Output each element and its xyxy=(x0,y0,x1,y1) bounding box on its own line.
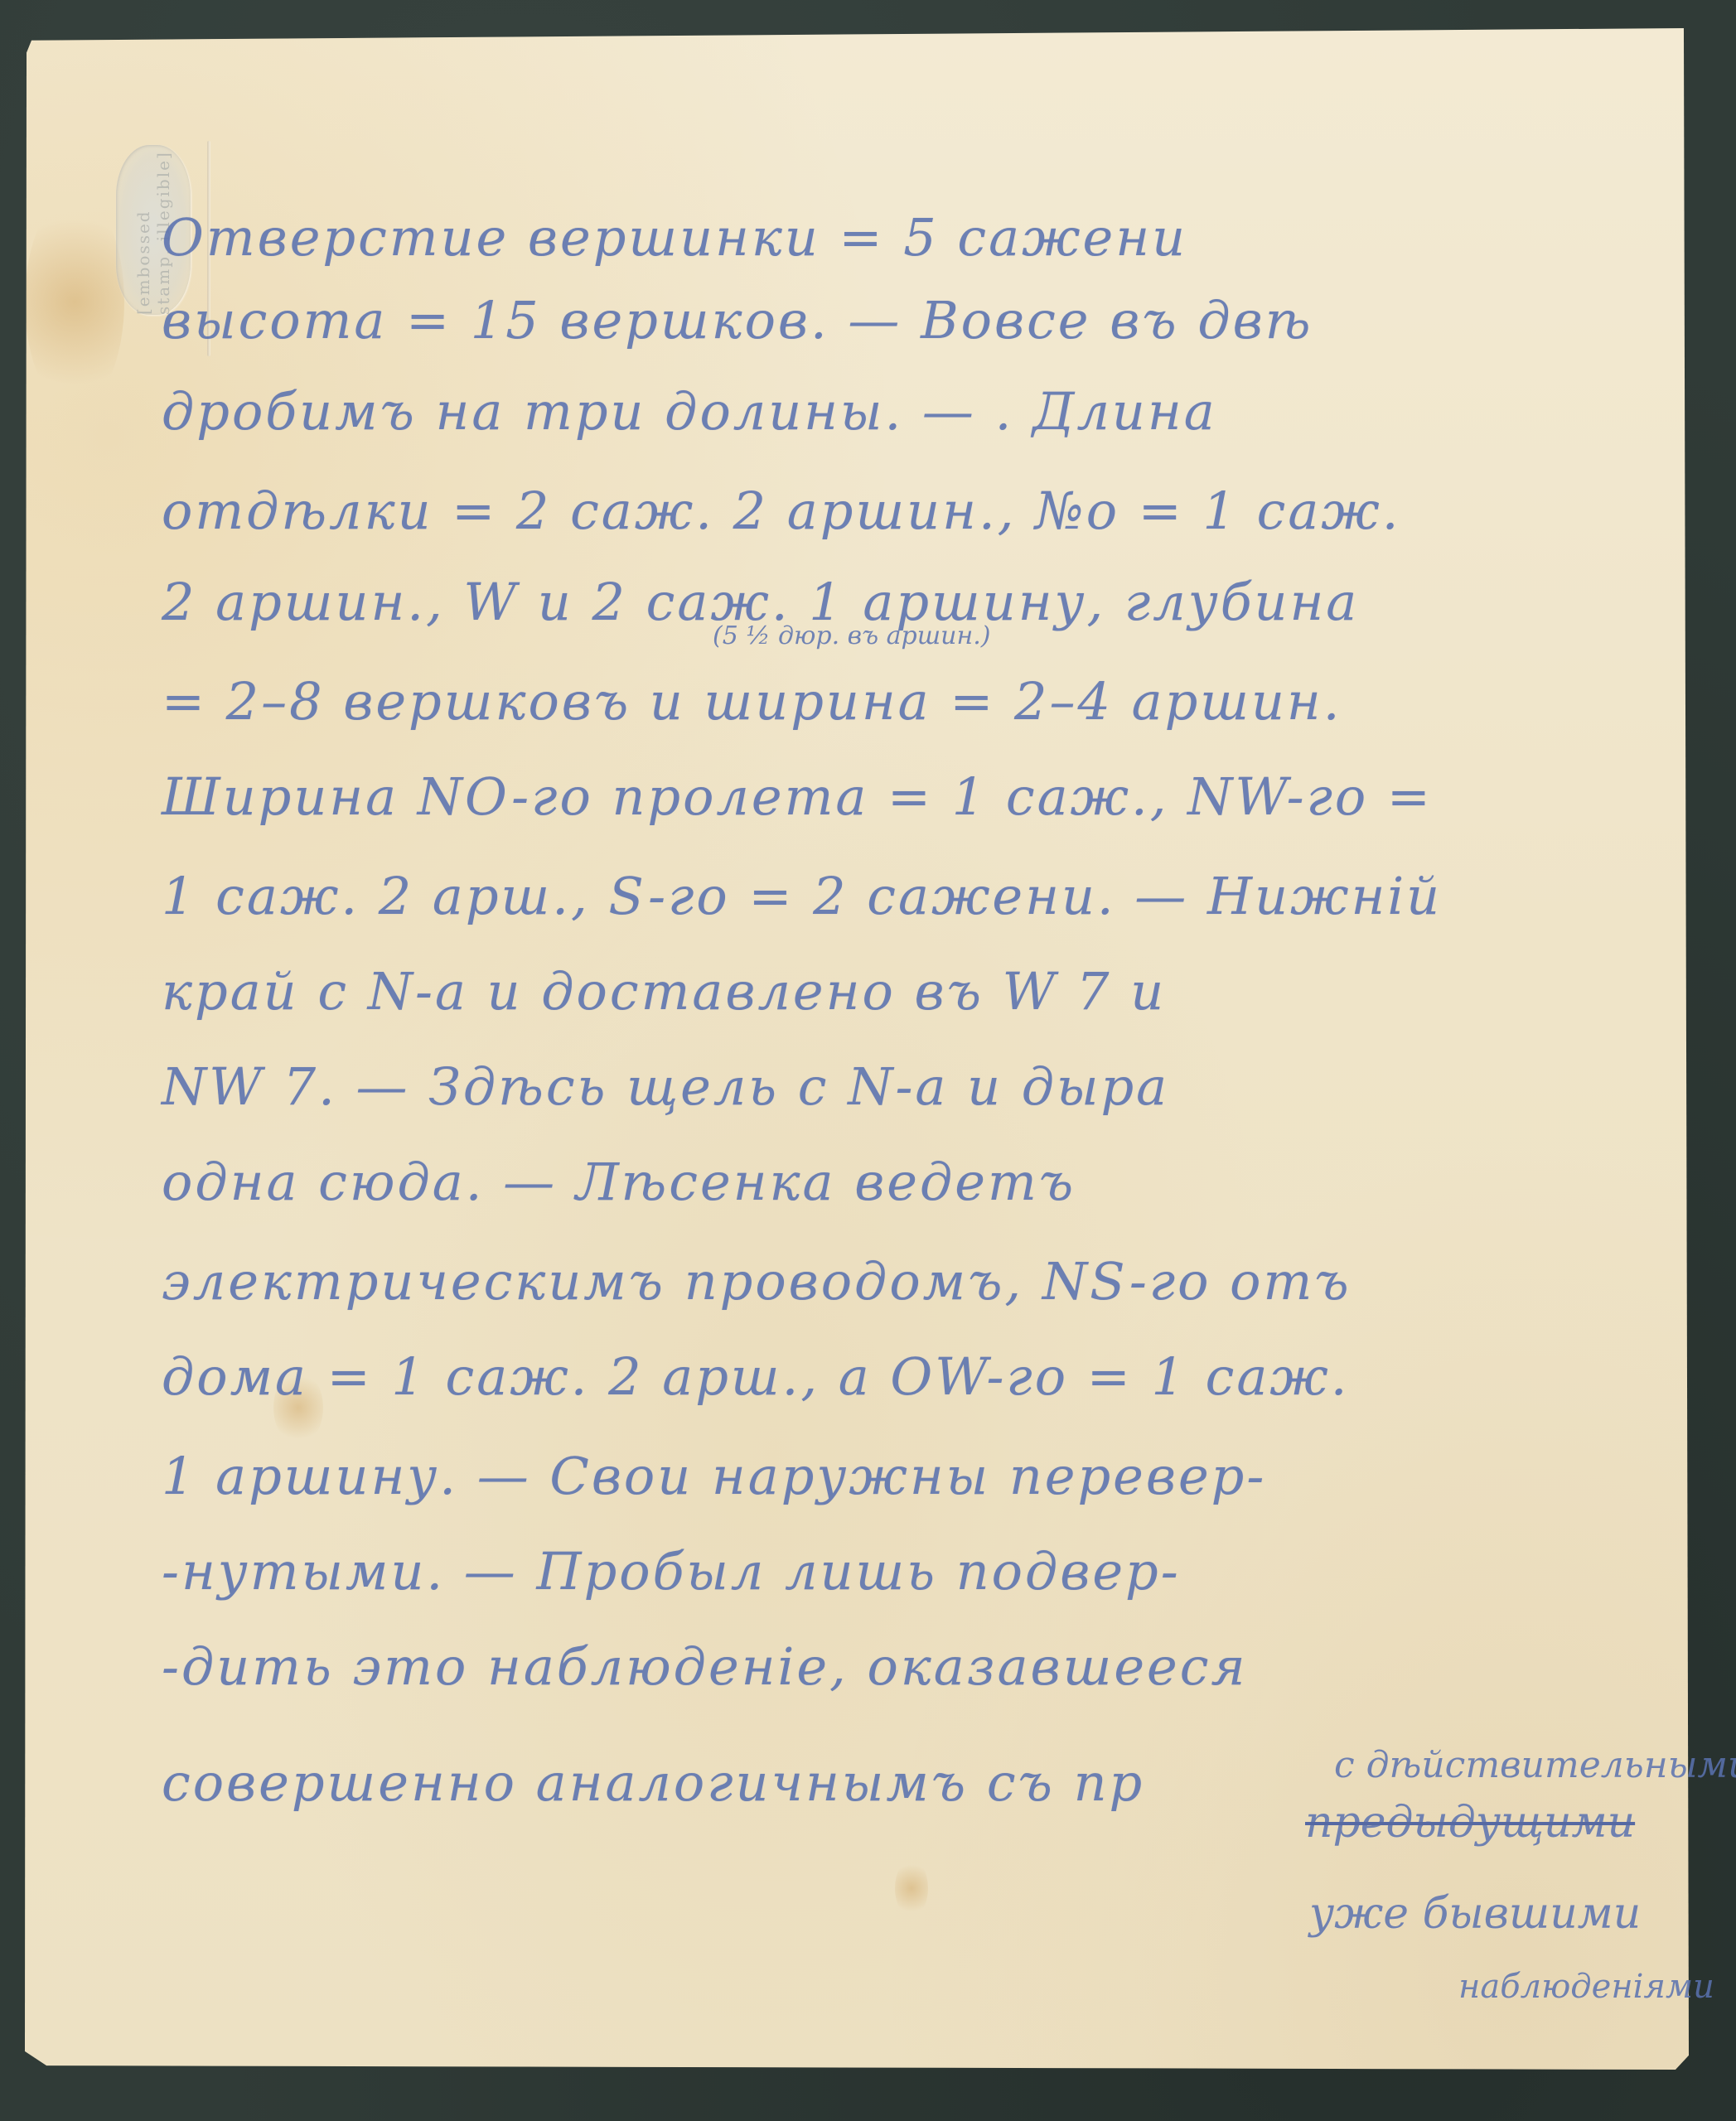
final-line-1: уже бывшими xyxy=(1309,1889,1641,1939)
dark-mount-background: [embossed stamp, illegible] Отверстие ве… xyxy=(0,0,1736,2121)
struck-out-word: предыдущими xyxy=(1305,1798,1635,1848)
paper-stain xyxy=(25,194,124,409)
margin-insert: с дѣйствительными xyxy=(1334,1744,1736,1786)
paper-stain xyxy=(895,1859,928,1917)
interlinear-insert: (5 ½ дюр. въ аршин.) xyxy=(713,621,990,650)
final-line-2: наблюденіями xyxy=(1458,1968,1714,2006)
